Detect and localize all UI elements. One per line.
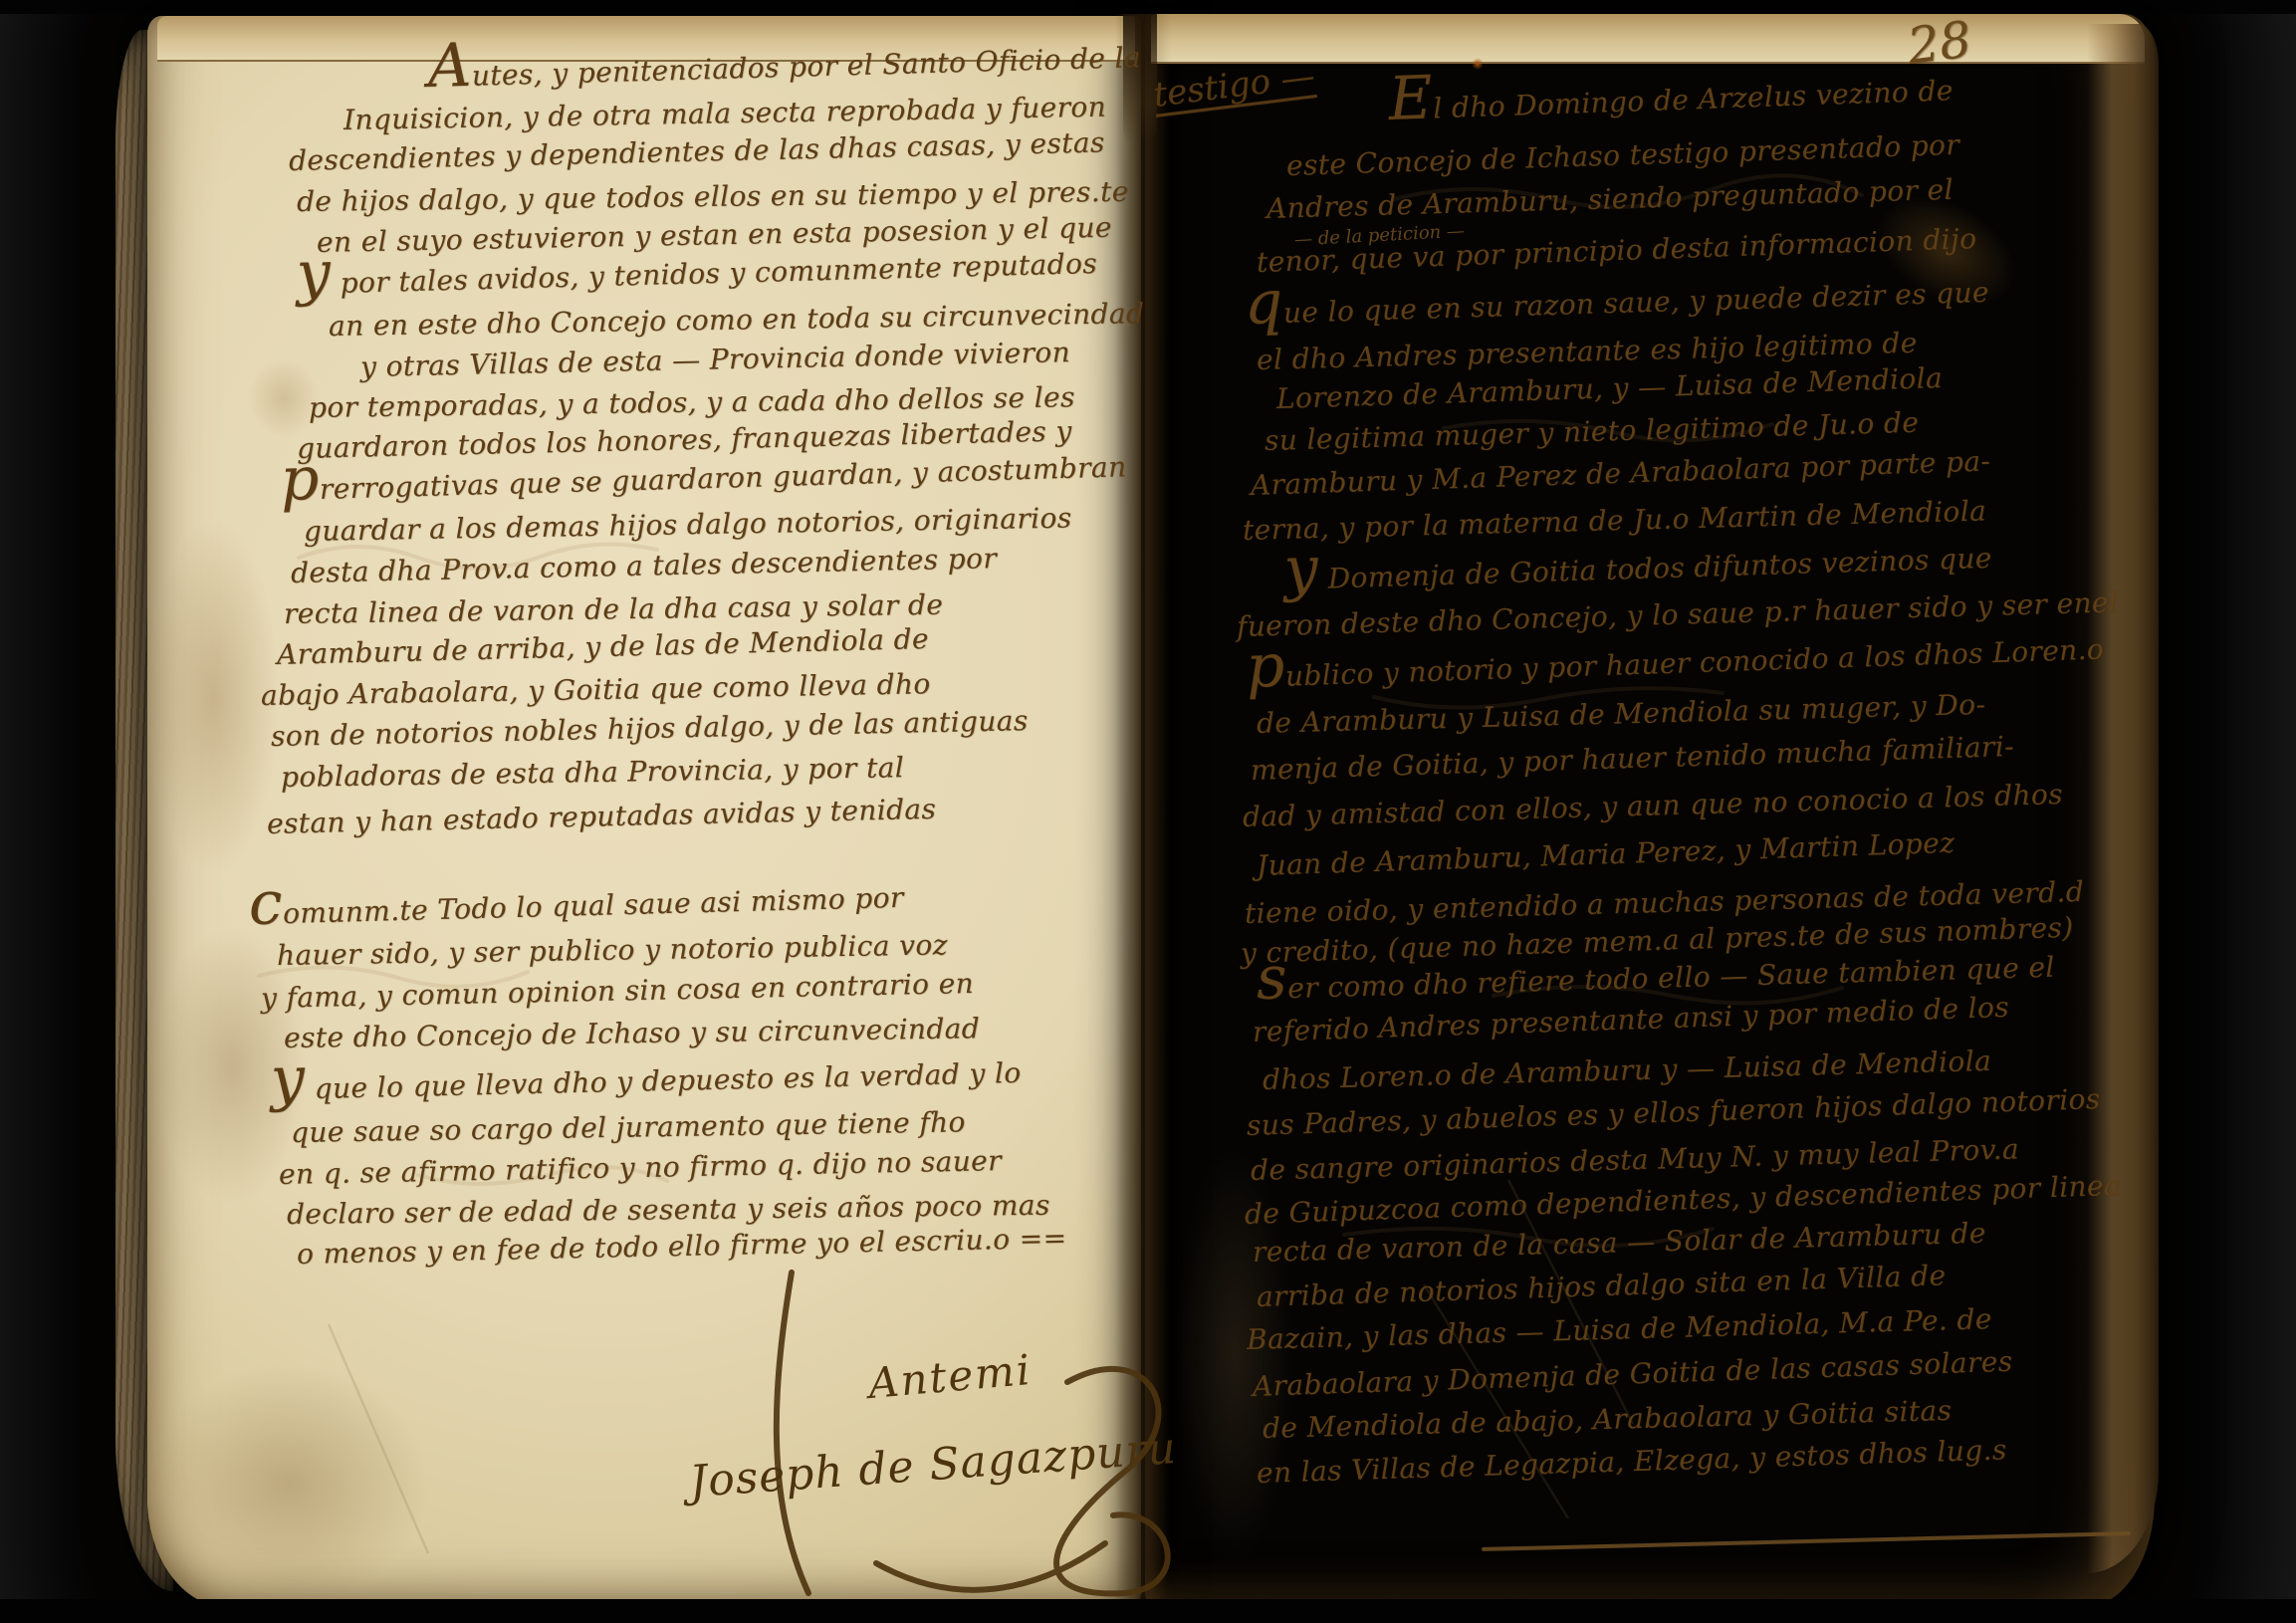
folio-number: 28 [1905,10,1974,75]
gutter-shadow [1115,14,1171,1607]
bottom-black-strip [0,1599,2296,1623]
right-page-top-edge [1151,14,2145,64]
fore-edge-page-stack [2087,24,2159,1573]
manuscript-scan: Autes, y penitenciados por el Santo Ofic… [0,0,2296,1623]
